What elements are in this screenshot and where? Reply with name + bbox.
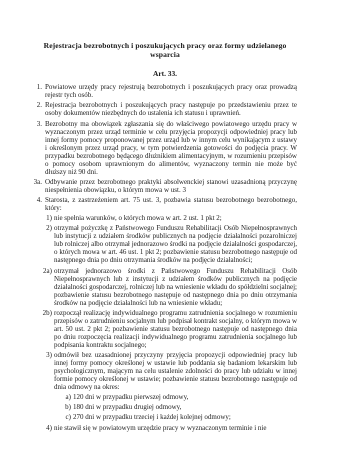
item-text: Odbywanie przez bezrobotnego praktyki ab… <box>45 178 297 194</box>
item-marker: 1) <box>33 214 52 222</box>
item-text: Bezrobotny ma obowiązek zgłaszania się d… <box>45 120 297 176</box>
item-text: Rejestracja bezrobotnych i poszukujących… <box>45 101 297 117</box>
item-marker: 3a. <box>33 178 42 194</box>
list-item: 2b)rozpoczął realizację indywidualnego p… <box>33 309 297 349</box>
document-page: Rejestracja bezrobotnych i poszukujących… <box>0 0 360 466</box>
item-text: otrzymał jednorazowo środki z Państwoweg… <box>54 267 297 307</box>
list-item: 3a.Odbywanie przez bezrobotnego praktyki… <box>33 178 297 194</box>
item-marker: 2. <box>33 101 42 117</box>
article-body: 1.Powiatowe urzędy pracy rejestrują bezr… <box>33 83 297 431</box>
list-item: a)120 dni w przypadku pierwszej odmowy, <box>33 393 297 401</box>
item-text: Powiatowe urzędy pracy rejestrują bezrob… <box>45 83 297 99</box>
item-text: rozpoczął realizację indywidualnego prog… <box>54 309 297 349</box>
list-item: 3)odmówił bez uzasadnionej przyczyny prz… <box>33 351 297 391</box>
item-marker: 2a) <box>33 267 52 307</box>
list-item: 2a)otrzymał jednorazowo środki z Państwo… <box>33 267 297 307</box>
item-text: odmówił bez uzasadnionej przyczyny przyj… <box>54 351 297 391</box>
item-marker: 1. <box>33 83 42 99</box>
list-item: 2.Rejestracja bezrobotnych i poszukujący… <box>33 101 297 117</box>
item-text: otrzymał pożyczkę z Państwowego Funduszu… <box>54 224 297 264</box>
document-content: Rejestracja bezrobotnych i poszukujących… <box>33 42 297 434</box>
item-text: 180 dni w przypadku drugiej odmowy, <box>73 403 297 411</box>
item-text: 270 dni w przypadku trzeciej i każdej ko… <box>73 413 297 421</box>
item-marker: 4) <box>33 424 52 432</box>
item-marker: c) <box>33 413 71 421</box>
item-text: nie stawił się w powiatowym urzędzie pra… <box>54 424 297 432</box>
list-item: 4.Starosta, z zastrzeżeniem art. 75 ust.… <box>33 196 297 212</box>
item-marker: 3. <box>33 120 42 176</box>
list-item: 4)nie stawił się w powiatowym urzędzie p… <box>33 424 297 432</box>
article-heading: Art. 33. <box>33 70 297 78</box>
list-item: b)180 dni w przypadku drugiej odmowy, <box>33 403 297 411</box>
item-marker: 2) <box>33 224 52 264</box>
list-item: 2)otrzymał pożyczkę z Państwowego Fundus… <box>33 224 297 264</box>
item-marker: 3) <box>33 351 52 391</box>
item-text: Starosta, z zastrzeżeniem art. 75 ust. 3… <box>45 196 297 212</box>
document-title: Rejestracja bezrobotnych i poszukujących… <box>33 42 297 59</box>
item-marker: a) <box>33 393 71 401</box>
item-marker: 4. <box>33 196 42 212</box>
list-item: 3.Bezrobotny ma obowiązek zgłaszania się… <box>33 120 297 176</box>
list-item: c)270 dni w przypadku trzeciej i każdej … <box>33 413 297 421</box>
item-text: nie spełnia warunków, o których mowa w a… <box>54 214 297 222</box>
item-marker: b) <box>33 403 71 411</box>
list-item: 1.Powiatowe urzędy pracy rejestrują bezr… <box>33 83 297 99</box>
item-marker: 2b) <box>33 309 52 349</box>
item-text: 120 dni w przypadku pierwszej odmowy, <box>73 393 297 401</box>
list-item: 1)nie spełnia warunków, o których mowa w… <box>33 214 297 222</box>
